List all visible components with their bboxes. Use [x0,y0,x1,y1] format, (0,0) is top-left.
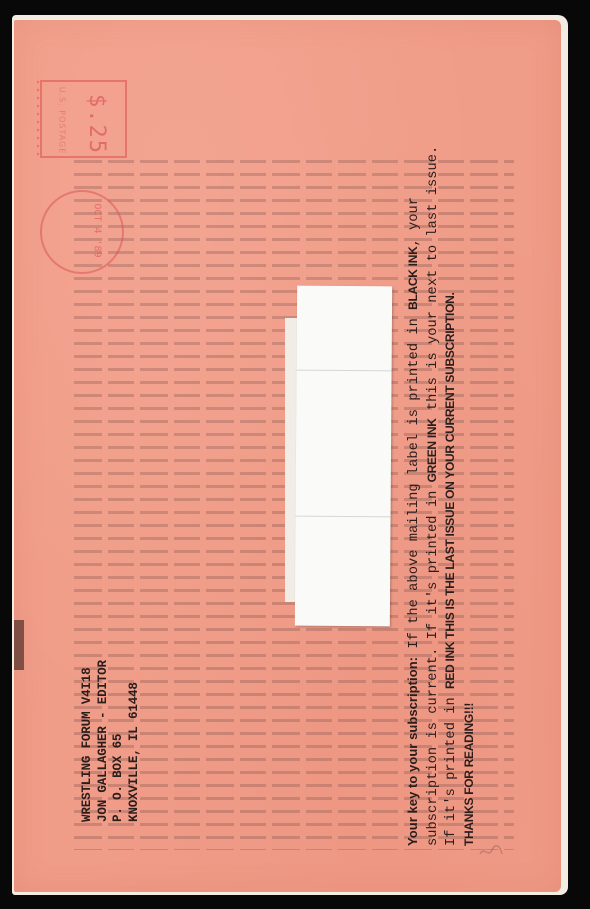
return-address-line: P. O. BOX 65 [111,660,127,822]
green-ink-label: GREEN INK [425,418,439,482]
staple-shadow [14,620,24,670]
scanned-document: U.S. POSTAGE $.25 OCT 4 '89 WRESTLING FO… [0,0,590,909]
notice-lead: Your key to your subscription: [405,657,420,846]
return-address-line: KNOXVILLE, IL 61448 [127,660,143,822]
return-address-line: JON GALLAGHER - EDITOR [96,660,112,822]
thanks-line: THANKS FOR READING!!! [461,146,479,846]
postmark-circle [40,190,124,274]
notice-line-2: subscription is current. If it's printed… [424,146,443,846]
meter-label: U.S. POSTAGE [57,87,66,155]
label-crease [296,516,391,518]
notice-line-1: Your key to your subscription: If the ab… [404,146,424,846]
black-ink-label: BLACK INK [406,247,420,310]
return-address: WRESTLING FORUM V4I18 JON GALLAGHER - ED… [80,660,142,822]
label-crease [297,370,392,372]
postmark-date: OCT 4 '89 [92,203,103,257]
pencil-mark-icon [478,842,504,860]
red-ink-label: RED INK [443,642,457,689]
notice-line-3: If it's printed in RED INK THIS IS THE L… [442,146,461,846]
return-address-line: WRESTLING FORUM V4I18 [80,660,96,822]
subscription-notice: Your key to your subscription: If the ab… [404,146,478,846]
mailing-label [295,286,392,627]
postage-amount: $.25 [84,94,109,155]
